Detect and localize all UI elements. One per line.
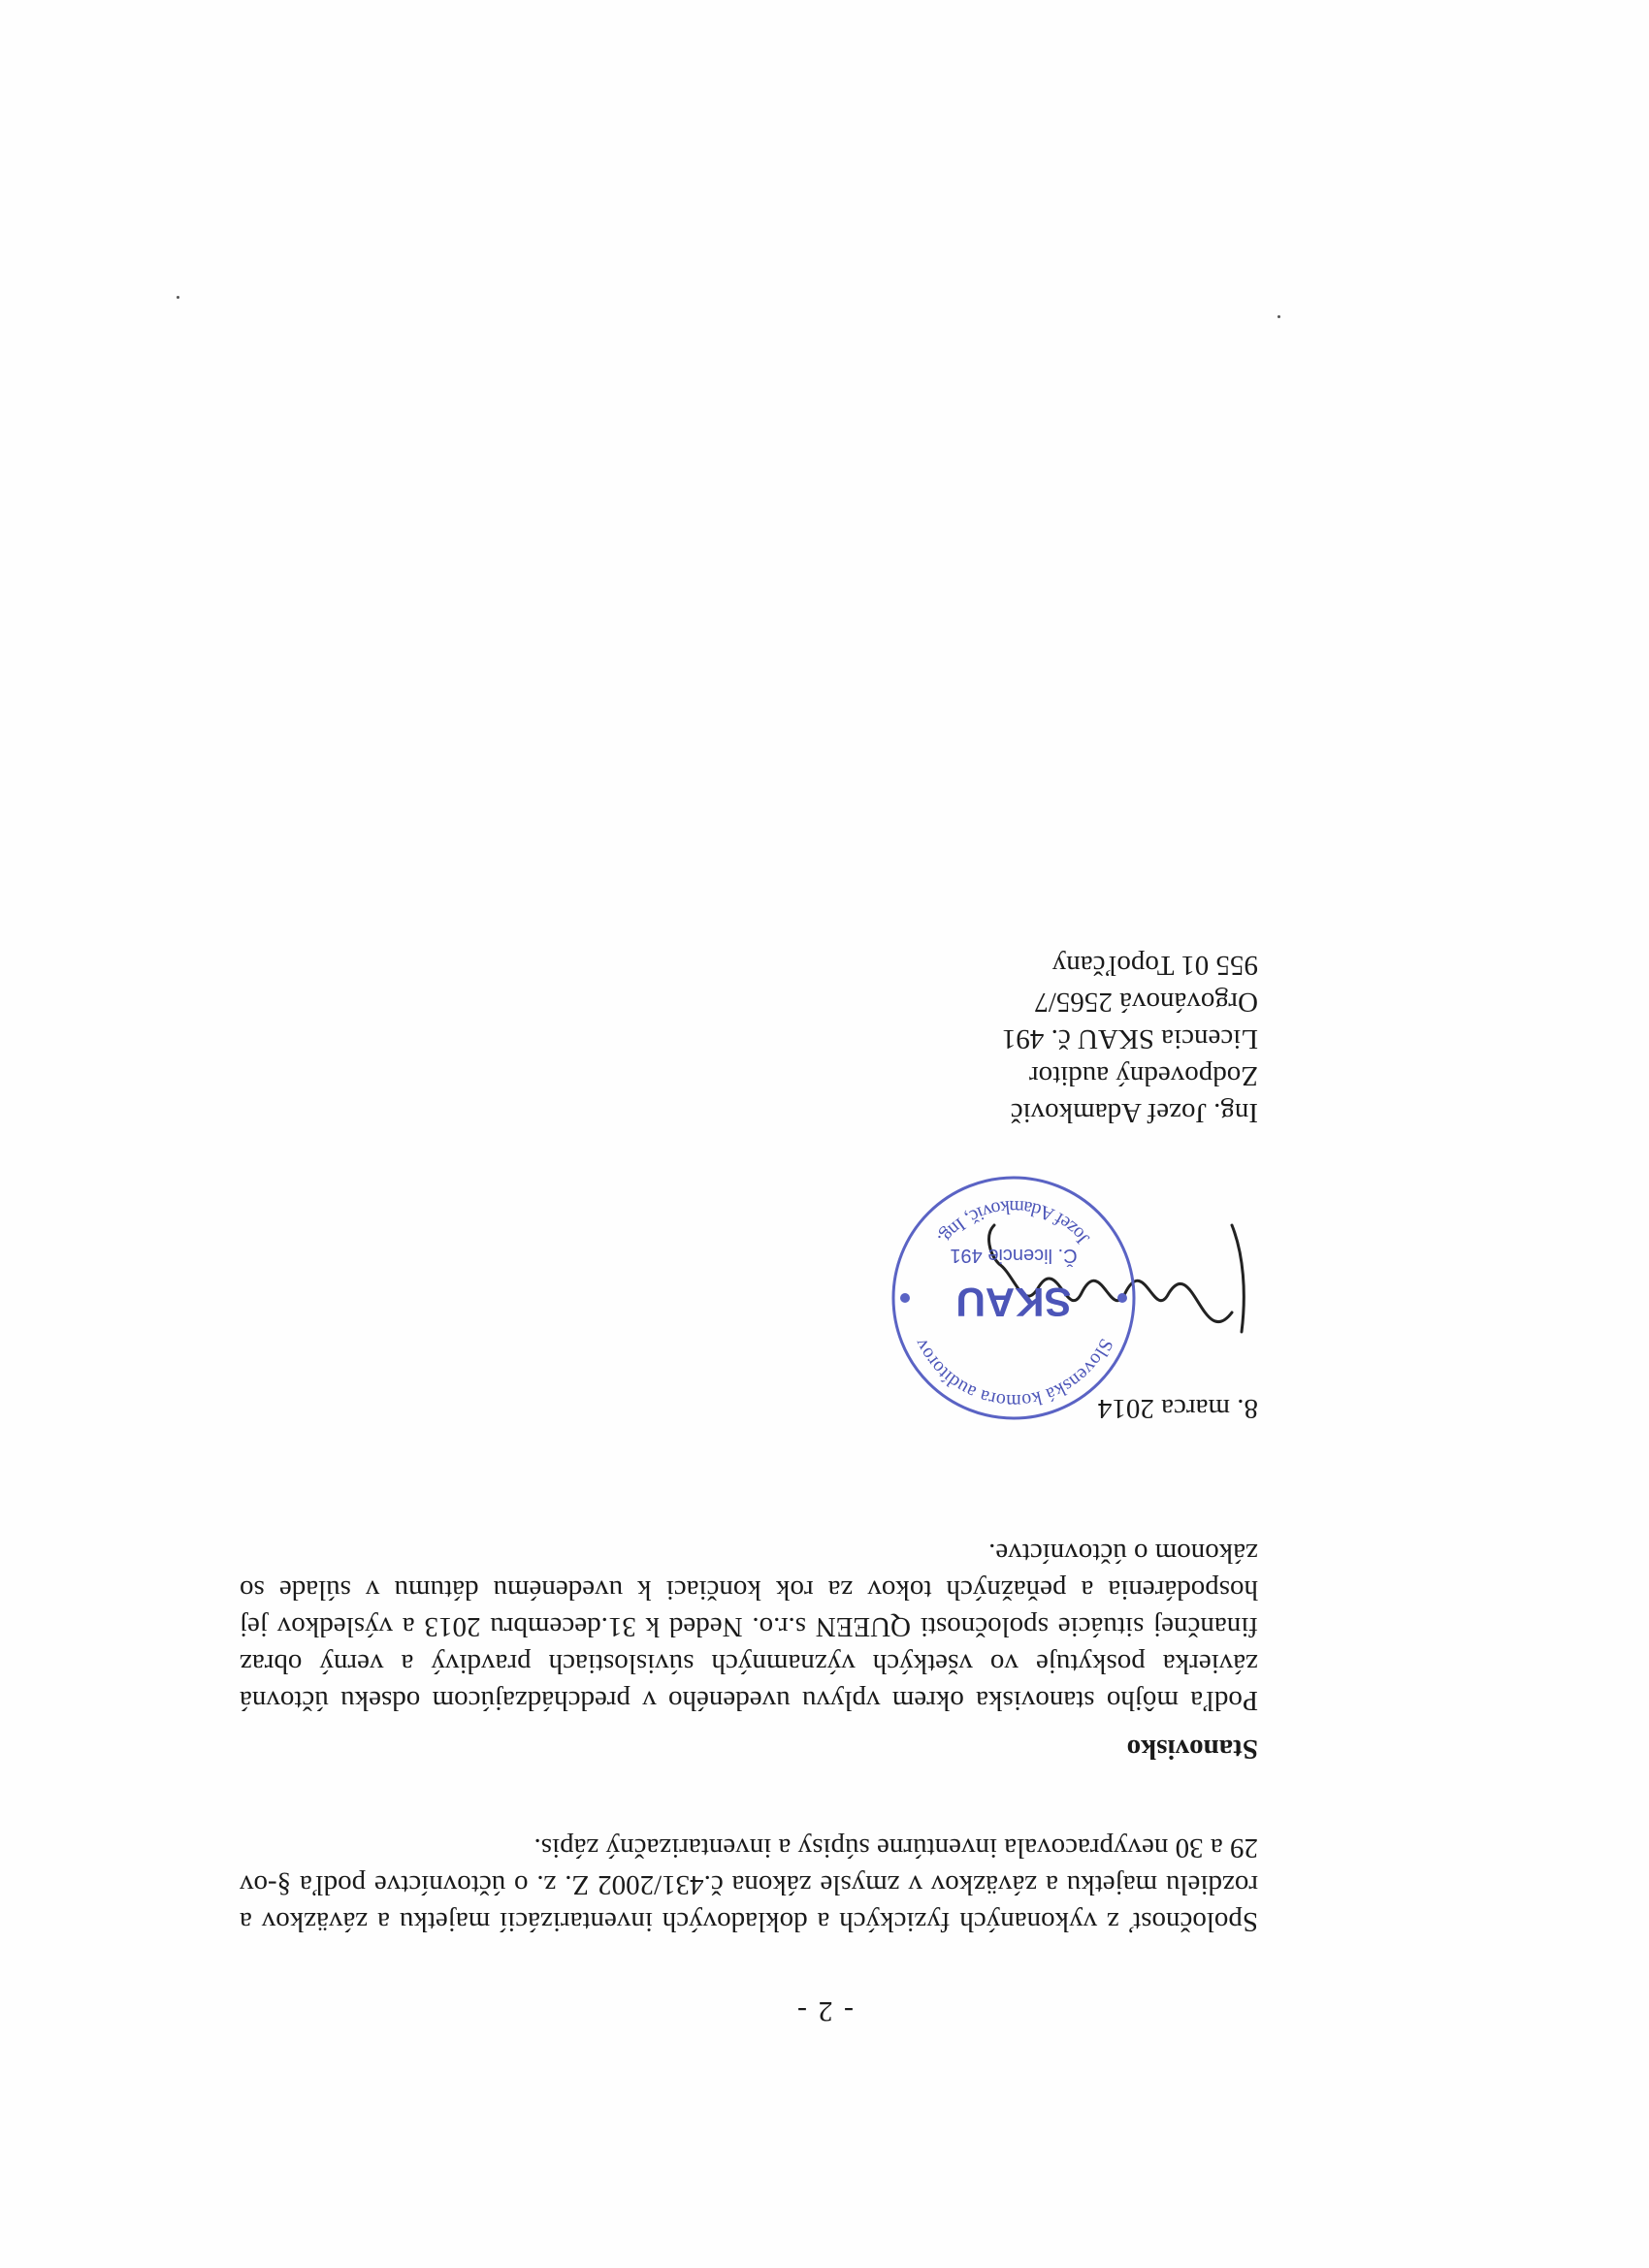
- signatory-street: Orgovánová 2565/7: [1002, 984, 1258, 1021]
- paragraph-inventory: Spoločnosť z vykonaných fyzických a dokl…: [240, 1830, 1258, 1940]
- svg-text:Slovenská komora audítorov: Slovenská komora audítorov: [910, 1335, 1116, 1411]
- page-number-text: - 2 -: [795, 1995, 854, 2027]
- paragraph-opinion: Podľa môjho stanoviska okrem vplyvu uved…: [240, 1535, 1258, 1719]
- svg-text:Jozef Adamkovič, Ing.: Jozef Adamkovič, Ing.: [933, 1196, 1093, 1249]
- signatory-license: Licencia SKAU č. 491: [1002, 1021, 1258, 1057]
- scan-speck: [177, 296, 179, 299]
- section-heading-stanovisko: Stanovisko: [1127, 1733, 1258, 1765]
- svg-text:Č. licencie 491: Č. licencie 491: [950, 1245, 1077, 1267]
- signatory-name: Ing. Jozef Adamkovič: [1002, 1094, 1258, 1131]
- scan-speck: [1277, 315, 1280, 318]
- page-number: - 2 -: [0, 1994, 1649, 2027]
- svg-text:SKAU: SKAU: [955, 1280, 1071, 1325]
- signatory-block: Ing. Jozef Adamkovič Zodpovedný auditor …: [1002, 947, 1258, 1131]
- scanned-page: - 2 - Spoločnosť z vykonaných fyzických …: [0, 0, 1649, 2268]
- signatory-city: 955 01 Topoľčany: [1002, 947, 1258, 984]
- signatory-role: Zodpovedný auditor: [1002, 1057, 1258, 1094]
- auditor-stamp-icon: Slovenská komora audítorov Jozef Adamkov…: [888, 1172, 1140, 1424]
